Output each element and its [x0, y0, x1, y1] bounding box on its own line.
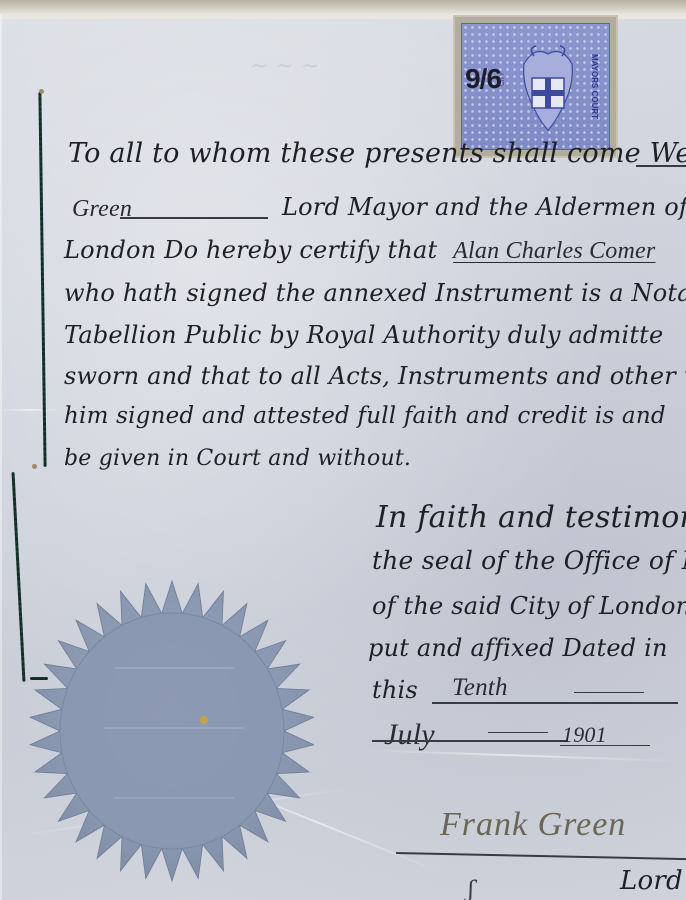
testimonium-line-3: of the said City of London is: [372, 592, 686, 620]
body-line-text: London Do hereby certify that: [64, 236, 437, 264]
signature-title-text: Lord: [620, 866, 683, 896]
stamp-label-city: CITY: [500, 72, 506, 86]
testimonium-line-4: put and affixed Dated in: [368, 634, 668, 662]
fill-rule: [636, 165, 686, 167]
body-line-2-fill: Green: [72, 196, 132, 223]
testimonium-text: the seal of the Office of M: [372, 546, 686, 575]
testimonium-line-5: this: [372, 676, 418, 704]
fill-rule: [560, 745, 650, 746]
body-line-text: Lord Mayor and the Aldermen of th: [282, 193, 686, 221]
body-line-6: sworn and that to all Acts, Instruments …: [64, 362, 686, 390]
body-line-text: who hath signed the annexed Instrument i…: [64, 279, 686, 307]
signature-name: Frank Green: [440, 806, 626, 843]
body-line-4: who hath signed the annexed Instrument i…: [64, 279, 686, 307]
body-line-3: London Do hereby certify that Alan Charl…: [64, 236, 655, 265]
paper-crease: [0, 409, 60, 411]
body-line-2: Lord Mayor and the Aldermen of th: [282, 193, 686, 221]
testimonium-line-2: the seal of the Office of M: [372, 546, 686, 575]
body-line-8: be given in Court and without.: [64, 446, 411, 471]
body-line-text: sworn and that to all Acts, Instruments …: [64, 362, 686, 390]
testimonium-line-1: In faith and testimon: [376, 500, 686, 535]
testimonium-text: In faith and testimon: [376, 500, 686, 535]
cord-hole: [32, 464, 37, 469]
testimonium-text: put and affixed Dated in: [368, 634, 668, 662]
fill-rule: [372, 740, 568, 742]
signature-title-fragment: ʃ: [468, 878, 474, 900]
fill-dash: [574, 692, 644, 693]
body-line-text: Tabellion Public by Royal Authority duly…: [64, 321, 663, 349]
body-line-text: To all to whom these presents shall come…: [68, 138, 686, 169]
paper-fold: [0, 14, 2, 900]
body-line-1: To all to whom these presents shall come…: [68, 138, 686, 169]
date-day-fill: Tenth: [452, 674, 508, 702]
fill-rule: [432, 702, 678, 704]
date-day: Tenth: [452, 674, 508, 701]
body-line-text: be given in Court and without.: [64, 446, 411, 471]
fill-dash: [488, 732, 548, 733]
cord-hole: [39, 89, 44, 94]
testimonium-text: this: [372, 676, 418, 704]
testimonium-text: of the said City of London is: [372, 592, 686, 620]
stamp-value: 9/6: [466, 62, 502, 94]
body-line-7: him signed and attested full faith and c…: [64, 403, 666, 429]
lord-mayor-signature: Frank Green: [440, 806, 626, 844]
stamp-face: 9/6 MAYORS COURT CITY: [461, 23, 610, 150]
revenue-stamp: 9/6 MAYORS COURT CITY: [455, 17, 616, 156]
fill-rule: [120, 217, 268, 219]
document-photo: ~ ~ ~ 9/6 MAYORS COURT CITY To all to wh…: [0, 0, 686, 900]
body-line-5: Tabellion Public by Royal Authority duly…: [64, 321, 663, 349]
wafer-seal-icon: [14, 568, 314, 888]
date-month-fill: July: [384, 718, 435, 752]
notary-name: Alan Charles Comer: [453, 238, 655, 264]
city-crest-icon: [514, 44, 582, 136]
signature-title: Lord: [620, 866, 683, 896]
date-year: 1901: [562, 722, 607, 747]
stamp-label-mayors-court: MAYORS COURT: [590, 54, 599, 119]
body-line-text: him signed and attested full faith and c…: [64, 403, 666, 429]
bleed-through-text: ~ ~ ~: [250, 54, 319, 79]
date-month: July: [384, 718, 435, 751]
